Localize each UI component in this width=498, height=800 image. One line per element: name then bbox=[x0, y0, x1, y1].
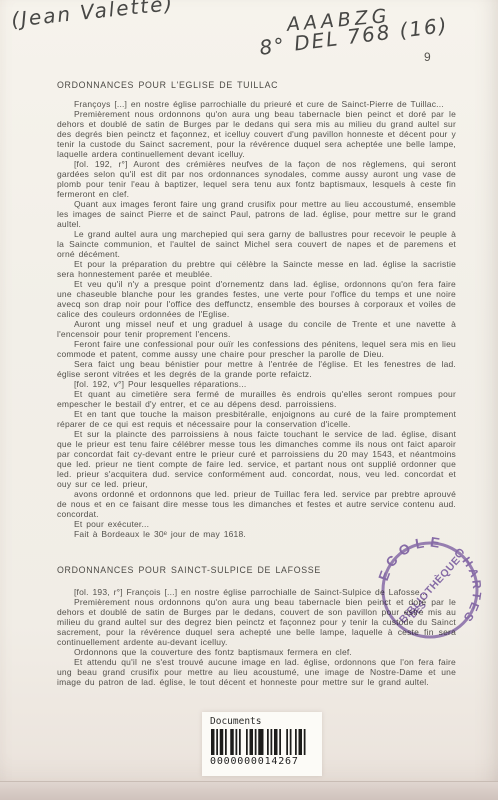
paragraph: Le grand aultel aura ung marchepied qui … bbox=[57, 229, 456, 259]
barcode-label: Documents 0000000014267 bbox=[202, 712, 322, 776]
page-number: 9 bbox=[424, 50, 431, 64]
paragraph: Et pour la préparation du prebtre qui cé… bbox=[57, 259, 456, 279]
scan-edge-band bbox=[0, 781, 498, 800]
paragraph: Et attendu qu'il ne s'est trouvé aucune … bbox=[57, 657, 456, 687]
paragraph: Et pour exécuter... bbox=[57, 519, 456, 529]
paragraph: Feront faire une confessional pour ouïr … bbox=[57, 339, 456, 359]
paragraph: Et veu qu'il n'y a presque point d'ornem… bbox=[57, 279, 456, 319]
paragraph: Quant aux images feront faire ung grand … bbox=[57, 199, 456, 229]
scanned-document-page: (Jean Valette) AAABZG 8° DEL 768 (16) 9 … bbox=[0, 0, 498, 800]
paragraph: Sera faict ung beau bénistier pour mettr… bbox=[57, 359, 456, 379]
paragraph: Françoys [...] en nostre église parrochi… bbox=[57, 99, 456, 109]
handwritten-owner-name: (Jean Valette) bbox=[10, 0, 175, 32]
paragraph: [fol. 192, v°] Pour lesquelles réparatio… bbox=[57, 379, 456, 389]
paragraph: Et quant au cimetière sera fermé de mura… bbox=[57, 389, 456, 409]
paragraph: [fol. 192, r°] Auront des crémières neuf… bbox=[57, 159, 456, 199]
paragraph: Ordonnons que la couverture des fontz ba… bbox=[57, 647, 456, 657]
section-body-tuillac: Françoys [...] en nostre église parrochi… bbox=[57, 99, 456, 539]
paragraph: Auront ung missel neuf et ung graduel à … bbox=[57, 319, 456, 339]
barcode-number: 0000000014267 bbox=[210, 756, 322, 767]
section-title-tuillac: ORDONNANCES POUR L'EGLISE DE TUILLAC bbox=[57, 80, 456, 90]
barcode-image bbox=[210, 729, 316, 755]
barcode-title: Documents bbox=[210, 716, 322, 727]
paragraph: Et en tant que touche la maison presbité… bbox=[57, 409, 456, 429]
paragraph: Premièrement nous ordonnons qu'on aura u… bbox=[57, 109, 456, 159]
library-stamp-icon: ECOLE CHARTES BIBLIOTHÈQUE DES bbox=[374, 534, 486, 646]
paragraph: Et sur la plaincte des parroissiens à no… bbox=[57, 429, 456, 489]
stamp-text-bibliotheque: BIBLIOTHÈQUE bbox=[396, 554, 463, 626]
paragraph: avons ordonné et ordonnons que led. prie… bbox=[57, 489, 456, 519]
